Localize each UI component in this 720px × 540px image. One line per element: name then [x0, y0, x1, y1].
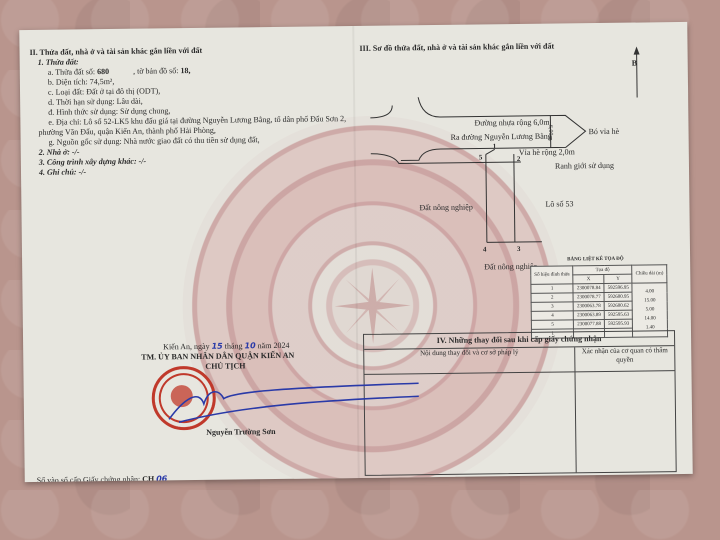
day-handwritten: 15: [212, 342, 223, 351]
coord-cell-x: 2300078.84: [573, 283, 604, 292]
signer-name: Nguyễn Trường Sơn: [206, 427, 276, 438]
land-certificate-sheet: II. Thửa đất, nhà ở và tài sản khác gắn …: [19, 22, 692, 482]
north-label: B: [632, 59, 637, 69]
coord-cell-y: 592595.93: [604, 319, 632, 328]
point-5: 5: [479, 152, 483, 162]
signature-icon: [164, 381, 424, 424]
col-header-x: X: [573, 274, 604, 283]
to-road-label: Ra đường Nguyễn Lương Bằng: [451, 132, 552, 143]
segment-length: 15.00: [636, 296, 664, 305]
agri-left-label: Đất nông nghiệp: [419, 203, 472, 214]
point-2: 2: [517, 154, 521, 164]
signer-role: CHỦ TỊCH: [205, 361, 245, 371]
point-3: 3: [517, 244, 521, 254]
coord-cell-x: 2300063.89: [574, 310, 605, 319]
sidewalk-label: Vỉa hè rộng 2,0m: [519, 147, 575, 158]
boundary-label: Ranh giới sử dụng: [555, 161, 614, 172]
segment-length: 14.00: [636, 314, 664, 323]
point-1: 1: [493, 141, 497, 151]
col-header-point: Số hiệu đỉnh thửa: [531, 266, 574, 285]
coord-cell-y: 592600.95: [604, 292, 632, 301]
col-header-length: Chiều dài (m): [632, 265, 667, 283]
point-4: 4: [483, 244, 487, 254]
curb-label: Bó vỉa hè: [588, 127, 619, 137]
coord-cell-y: 592596.95: [604, 283, 632, 292]
year-label: năm 2024: [258, 341, 290, 350]
road-label: Đường nhựa rộng 6,0m: [474, 118, 549, 129]
month-label: tháng: [225, 341, 243, 350]
coord-table-title: BẢNG LIỆT KÊ TỌA ĐỘ: [567, 255, 624, 266]
segment-lengths: 4.0015.005.0014.001.40: [632, 283, 667, 337]
neighbor-lot-label: Lô số 53: [545, 199, 573, 209]
north-arrow-icon: [634, 47, 640, 55]
coord-cell-x: 2300078.77: [573, 292, 604, 301]
road-width-label: 6,00m: [545, 125, 555, 140]
place-date-prefix: Kiến An, ngày: [163, 342, 210, 352]
coord-cell-x: 2300077.88: [574, 319, 605, 328]
segment-length: 5.00: [636, 305, 664, 314]
month-handwritten: 10: [244, 341, 255, 350]
coordinate-table: Số hiệu đỉnh thửa Tọa độ Chiều dài (m) X…: [530, 264, 668, 339]
col-header-y: Y: [604, 274, 632, 283]
coord-cell-y: 592600.62: [604, 301, 632, 310]
coord-cell-x: 2300063.78: [573, 301, 604, 310]
changes-col1-header: Nội dung thay đổi và cơ sở pháp lý: [364, 347, 574, 375]
coord-cell-y: 592595.63: [604, 310, 632, 319]
changes-col2-header: Xác nhận của cơ quan có thẩm quyền: [575, 346, 674, 372]
segment-length: 4.00: [636, 287, 664, 296]
